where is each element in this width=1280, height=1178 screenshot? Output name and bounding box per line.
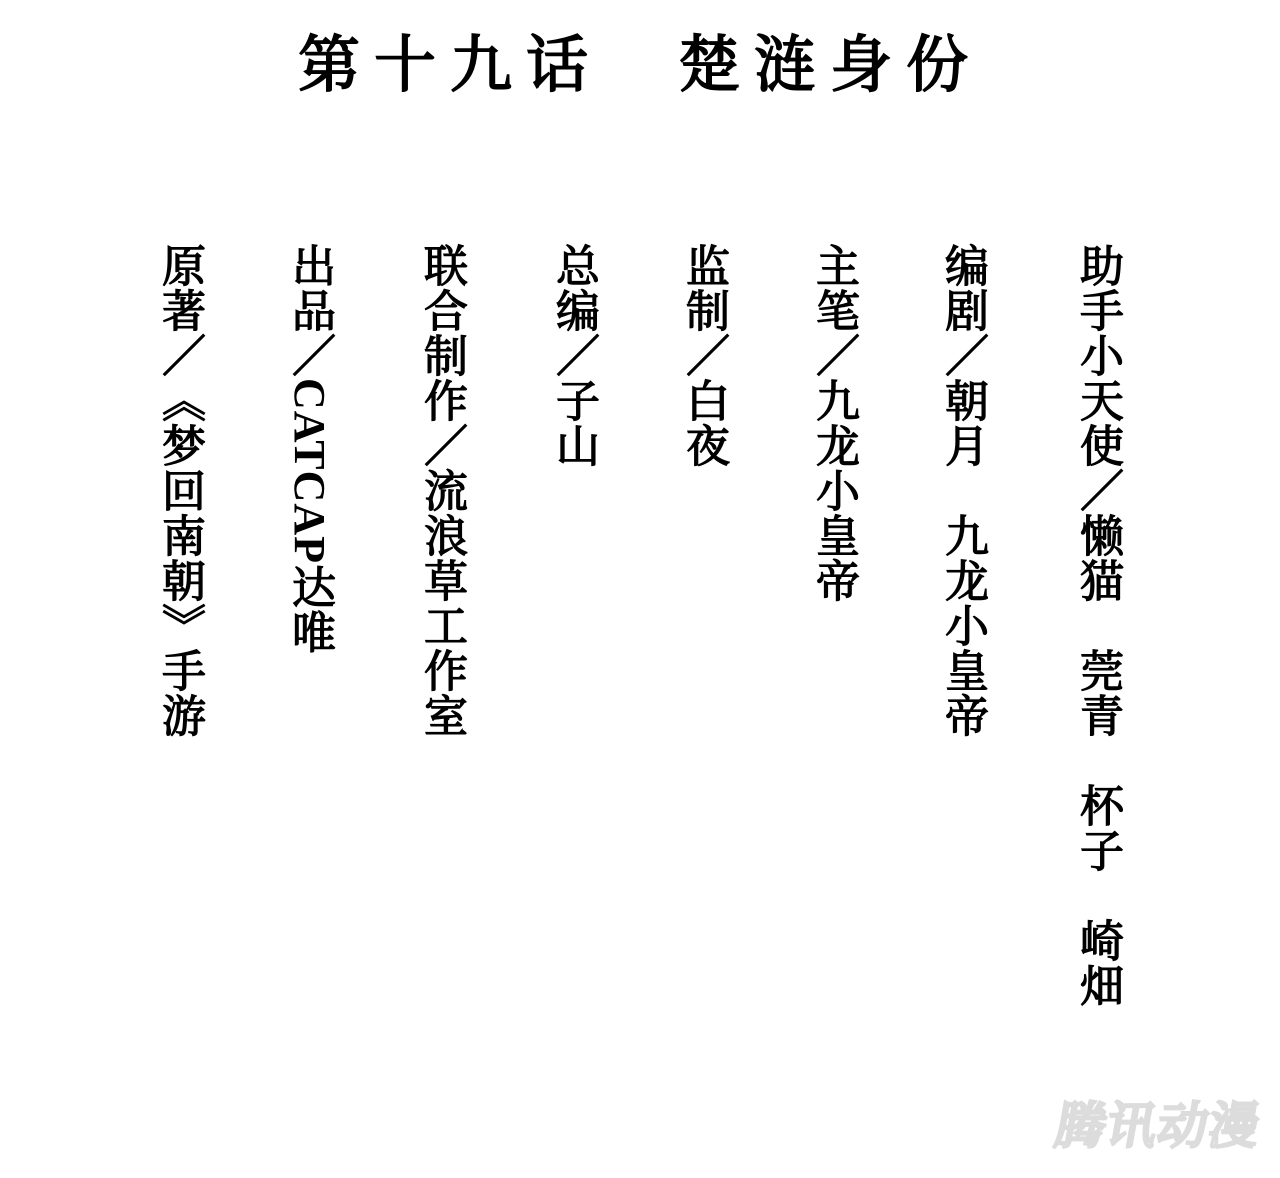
credit-column-chief-editor: 总编／子山 — [551, 243, 595, 468]
credit-column-producer: 出品／CATCAP达唯 — [287, 243, 331, 654]
credit-column-lead-artist: 主笔／九龙小皇帝 — [811, 243, 855, 603]
chapter-title: 第十九话 楚涟身份 — [0, 30, 1280, 102]
comic-credits-page: 第十九话 楚涟身份 原著／《梦回南朝》手游 出品／CATCAP达唯 联合制作／流… — [0, 0, 1280, 1178]
credit-column-co-production: 联合制作／流浪草工作室 — [419, 243, 463, 738]
credit-column-screenwriter: 编剧／朝月 九龙小皇帝 — [940, 243, 984, 738]
tencent-comics-watermark: 腾讯动漫 — [1051, 1096, 1266, 1156]
credit-column-original-work: 原著／《梦回南朝》手游 — [157, 243, 201, 738]
credit-column-supervisor: 监制／白夜 — [681, 243, 725, 468]
credit-column-assistants: 助手小天使／懒猫 莞青 杯子 崎畑 — [1075, 243, 1119, 1008]
